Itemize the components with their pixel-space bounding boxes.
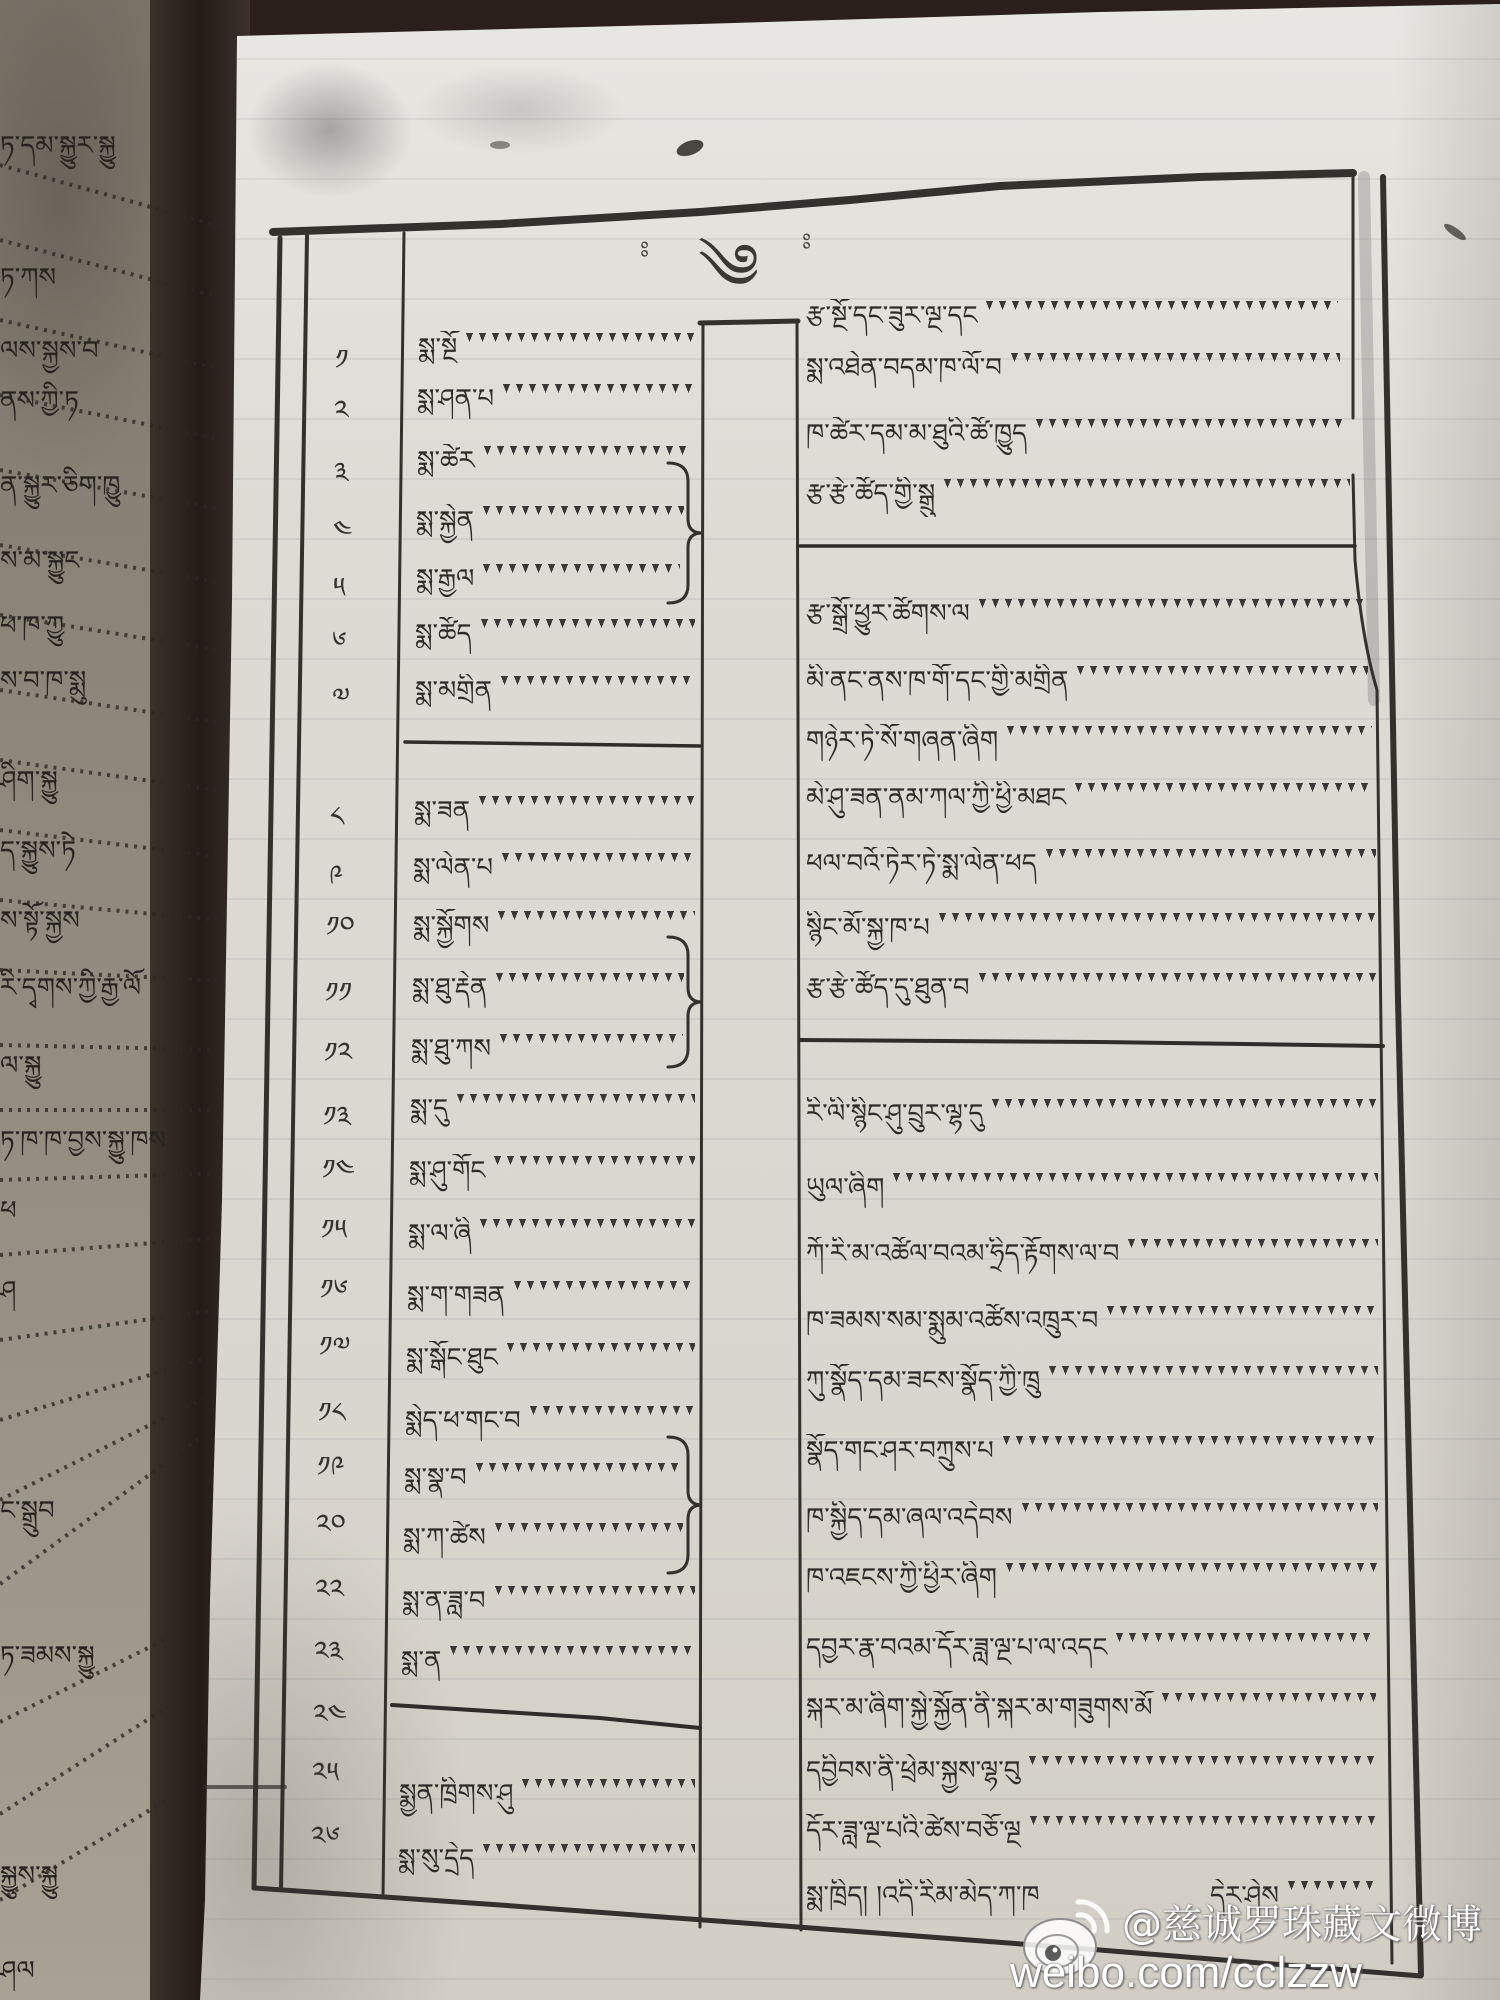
entry-title: སྨ་ལེན་པ <box>413 851 499 885</box>
entry-title: སྨ་ག་གཟན <box>407 1279 511 1313</box>
description-entry: རི་ལི་སྙིང་ཤུ་བྲུར་ལྷ་དུ <box>806 1097 1378 1137</box>
entry-number: ༡༢ <box>324 1038 352 1068</box>
dotted-leader <box>989 1099 1378 1108</box>
description-entry: རྩ་རྩེ་ཚོད་དུ་ཐུན་བ <box>806 971 1378 1011</box>
entry-title: སྨ་ཐུ་ཀས <box>411 1032 497 1066</box>
description-entry: དབྱར་རྣ་བའམ་དོར་ཟླ་ལྔ་པ་ལ་འདང <box>806 1631 1376 1671</box>
entry-title: སྨ་ཚོད <box>415 617 478 651</box>
entry-number: ༧ <box>332 683 350 713</box>
index-entry: སྨ་སྔོ <box>418 331 695 371</box>
dotted-leader <box>1285 1881 1375 1890</box>
description-entry: གཉེར་ཏེ་སོ་གཞན་ཞིག <box>806 724 1372 764</box>
entry-number: ༢༥ <box>312 1758 339 1788</box>
entry-description: རྩ་སྒྲོ་ཕྱུར་ཚོགས་ལ <box>806 597 976 631</box>
index-entry: སྨ་ག་གཟན <box>407 1279 695 1319</box>
entry-number: ༡༨ <box>318 1398 346 1428</box>
description-entry: སྣོད་གང་ཤར་བཀྲུས་པ <box>806 1434 1378 1474</box>
entry-number: ༢༢ <box>315 1575 344 1605</box>
entry-number: ༡ <box>335 345 349 375</box>
entry-number: ༡༦ <box>320 1275 348 1305</box>
dotted-leader <box>463 333 695 342</box>
entry-description: རྩ་སྔོ་དང་ཟུར་ལྔ་དང <box>806 299 983 333</box>
entry-description: རྩ་རྩེ་ཚོད་དུ་ཐུན་བ <box>806 971 976 1005</box>
description-entry: མེ་ཤུ་ཟན་ནམ་ཀལ་ཀྱི་ཕྱི་མཐང <box>806 781 1374 821</box>
entry-number: ༡༩ <box>317 1452 345 1482</box>
dotted-leader <box>1033 419 1345 428</box>
entry-description: ཁ་ཚེར་དམ་མ་ཐུའི་ཚོ་ཁྱུད <box>806 417 1033 451</box>
entry-description: དོར་ཟླ་ལྔ་པའི་ཚེས་བཅོ་ལྔ <box>806 1814 1027 1848</box>
description-entry: ཀུ་སྣོད་དམ་ཟངས་སྣོད་ཀྱི་ཁྲུ <box>806 1364 1378 1404</box>
dotted-leader <box>504 1343 695 1352</box>
entry-description: སྨ་འཐེན་བདམ་ཁ་ལོ་བ <box>806 351 1008 385</box>
dotted-leader <box>476 796 695 805</box>
dotted-leader <box>499 853 695 862</box>
dotted-leader <box>493 973 684 982</box>
index-entry: སྨ་ལེན་པ <box>413 851 695 891</box>
entry-number: ༢༤ <box>313 1700 347 1730</box>
index-entry: སྨ་ན་ཟླ་བ <box>402 1584 695 1624</box>
dotted-leader <box>983 301 1338 310</box>
dotted-leader <box>1019 1503 1378 1512</box>
watermark-handle: @慈诚罗珠藏文微博 <box>1122 1903 1482 1947</box>
dotted-leader <box>936 913 1378 922</box>
entry-description: མེ་ཤུ་ཟན་ནམ་ཀལ་ཀྱི་ཕྱི་མཐང <box>806 781 1072 815</box>
entry-title: སྨ་སྐྱེན <box>416 504 480 538</box>
dotted-leader <box>941 479 1350 488</box>
entry-title: སྨ་སྣ་བ <box>404 1461 473 1495</box>
dotted-leader <box>497 1034 683 1043</box>
dotted-leader <box>477 1219 695 1228</box>
dotted-leader <box>480 506 684 515</box>
index-entry: སྨ་ཤན་པ <box>417 382 695 422</box>
index-entry: སྨ་ཐུ་ཀས <box>411 1032 683 1072</box>
right-section-divider-2 <box>800 1040 1383 1046</box>
entry-number: ༣ <box>334 458 348 488</box>
description-entry: ཁ་སྐྱིད་དམ་ཞལ་འདེབས <box>806 1501 1378 1541</box>
dotted-leader <box>1027 1816 1376 1825</box>
entry-title: སྨེད་ཕ་གང་བ <box>405 1404 527 1438</box>
entry-description: རྩ་རྩེ་ཚོད་གྱི་སྒྲུ <box>806 477 941 511</box>
description-entry: སྙིང་མོ་སྐྱ་ཁ་པ <box>806 911 1378 951</box>
entry-number: ༢༦ <box>311 1822 340 1852</box>
entry-title: སྨ་མགྲིན <box>415 674 498 708</box>
dotted-leader <box>1072 783 1374 792</box>
entry-title: སྨ་དུ <box>410 1092 454 1126</box>
dotted-leader <box>478 619 695 628</box>
index-entry: སྨ་ཚོད <box>415 617 695 657</box>
entry-description: ཕལ་བའོ་ཏེར་ཏེ་སྨ་ལེན་ཕད <box>806 847 1043 881</box>
entry-number: ༡༡ <box>325 978 352 1008</box>
entry-description: ཁ་ཟམས་སམ་སྨུམ་འཚོས་འཁྲུར་བ <box>806 1304 1104 1338</box>
index-entry: སྨ་སྐྱོགས <box>413 909 695 949</box>
dotted-leader <box>495 911 695 920</box>
description-entry: སྨ་འཐེན་བདམ་ཁ་ལོ་བ <box>806 351 1340 391</box>
dotted-leader <box>1074 666 1368 675</box>
dotted-leader <box>492 1523 683 1532</box>
watermark-url: weibo.com/cclzzw <box>1010 1950 1362 1996</box>
description-entry: སྐར་མ་ཞིག་སྐྱེ་སྐྱོན་ནི་སྐར་མ་གཟུགས་མོ <box>806 1691 1376 1731</box>
index-entry: སྨ་ཀ་ཚེས <box>403 1521 683 1561</box>
middle-column-right-line <box>797 323 801 1930</box>
dotted-leader <box>511 1281 695 1290</box>
entry-number: ༢༠ <box>316 1510 346 1540</box>
entry-number: ༡༧ <box>319 1332 351 1362</box>
description-entry: ཡུལ་ཞིག <box>806 1171 1378 1211</box>
dotted-leader <box>498 676 695 685</box>
index-entry: སྨ་ཐུ་རྡེན <box>412 971 684 1011</box>
dotted-leader <box>976 599 1365 608</box>
dotted-leader <box>491 1156 695 1165</box>
dotted-leader <box>1125 1239 1378 1248</box>
entry-title: སྨ་ཐུ་རྡེན <box>412 971 493 1005</box>
entry-number: ༡༥ <box>321 1215 347 1245</box>
entry-title: སྨ་ན་ཟླ་བ <box>402 1584 492 1618</box>
entry-number: ༢༣ <box>314 1637 343 1667</box>
left-border-inner <box>281 236 307 1890</box>
entry-number: ༨ <box>330 802 344 832</box>
dotted-leader <box>1004 726 1372 735</box>
index-entry: སྨ་ཟན <box>414 794 695 834</box>
entry-description: ཀོ་རི་མ་འཚོལ་བའམ་ཧྲིད་རྟོགས་ལ་བ <box>806 1237 1125 1271</box>
description-entry: ཁ་ཟམས་སམ་སྨུམ་འཚོས་འཁྲུར་བ <box>806 1304 1378 1344</box>
dotted-leader <box>480 1844 695 1853</box>
index-entry: སྨ་ལ་ཞི <box>408 1217 695 1257</box>
entry-description: མི་ནང་ནས་ཁ་གོ་དང་གྱི་མགྲིན <box>806 664 1074 698</box>
index-entry: སྨ་སྒོང་ཐུང <box>406 1341 695 1381</box>
previous-page-dotted-rules <box>0 165 230 1900</box>
entry-title: སྨ་སྐྱོགས <box>413 909 495 943</box>
dotted-leader <box>480 564 680 573</box>
index-entry: སྨྱན་ཁྲིགས་ཤུ <box>399 1777 695 1817</box>
index-entry: སྨ་མགྲིན <box>415 674 695 714</box>
description-entry: དབྱིབས་ནི་ཕྲེམ་སྐྱས་ལྷ་བུ <box>806 1754 1376 1794</box>
entry-description: སྐར་མ་ཞིག་སྐྱེ་སྐྱོན་ནི་སྐར་མ་གཟུགས་མོ <box>806 1691 1159 1725</box>
index-entry: སྨ་ཤུ་གོང <box>409 1154 695 1194</box>
dotted-leader <box>1008 353 1340 362</box>
dotted-leader <box>1000 1436 1378 1445</box>
entry-description: ཀུ་སྣོད་དམ་ཟངས་སྣོད་ཀྱི་ཁྲུ <box>806 1364 1046 1398</box>
description-entry: རྩ་སྔོ་དང་ཟུར་ལྔ་དང <box>806 299 1338 339</box>
entry-description: ཡུལ་ཞིག <box>806 1171 890 1205</box>
entry-title: སྨ་ཀ་ཚེས <box>403 1521 492 1555</box>
left-border-outer <box>254 238 280 1888</box>
entry-number: ༩ <box>329 861 343 891</box>
dotted-leader <box>500 384 695 393</box>
index-entry: སྨེད་ཕ་གང་བ <box>405 1404 695 1444</box>
dotted-leader <box>473 1463 684 1472</box>
description-entry: དོར་ཟླ་ལྔ་པའི་ཚེས་བཅོ་ལྔ <box>806 1814 1376 1854</box>
decorative-mark: ཿ <box>640 238 649 262</box>
description-entry: ཁ་ཚེར་དམ་མ་ཐུའི་ཚོ་ཁྱུད <box>806 417 1345 457</box>
entry-description: རི་ལི་སྙིང་ཤུ་བྲུར་ལྷ་དུ <box>806 1097 989 1131</box>
right-border-shadow <box>1364 177 1374 700</box>
entry-description: སྙིང་མོ་སྐྱ་ཁ་པ <box>806 911 936 945</box>
left-section-divider-2 <box>392 1705 700 1728</box>
entry-title: སྨ་སྒོང་ཐུང <box>406 1341 504 1375</box>
index-entry: སྨ་སྐྱེན <box>416 504 684 544</box>
index-entry: སྨ་སུ་དྲེད <box>398 1842 695 1882</box>
entry-number: ༡༠ <box>326 912 355 942</box>
entry-description: སྣོད་གང་ཤར་བཀྲུས་པ <box>806 1434 1000 1468</box>
dotted-leader <box>492 1586 695 1595</box>
dotted-leader <box>1159 1693 1376 1702</box>
entry-title: སྨ་ཚེར <box>417 444 481 478</box>
entry-number: ༡༣ <box>323 1102 351 1132</box>
entry-title: སྨ་ཟན <box>414 794 476 828</box>
entry-number: ༡༤ <box>322 1155 355 1185</box>
entry-number: ༦ <box>332 627 346 657</box>
decorative-mark: ཿ <box>802 230 811 254</box>
entry-title: སྨ་སུ་དྲེད <box>398 1842 480 1876</box>
index-entry: སྨ་ཚེར <box>417 444 687 484</box>
entry-title: སྨ་ཤུ་གོང <box>409 1154 491 1188</box>
dotted-leader <box>527 1406 695 1415</box>
index-entry: སྨ་ན <box>401 1644 695 1684</box>
dotted-leader <box>519 1779 695 1788</box>
dotted-leader <box>1046 1366 1378 1375</box>
entry-description: ཁ་འཇངས་ཀྱི་ཕྱིར་ཞིག <box>806 1561 1003 1595</box>
dotted-leader <box>1104 1306 1378 1315</box>
left-section-divider-1 <box>405 742 700 746</box>
dotted-leader <box>1113 1633 1376 1642</box>
entry-description: དབྱིབས་ནི་ཕྲེམ་སྐྱས་ལྷ་བུ <box>806 1754 1026 1788</box>
entry-title: སྨྱན་ཁྲིགས་ཤུ <box>399 1777 519 1811</box>
closing-text: སྨ་ཁྲིད། །འདི་རིམ་མེད་ཀ་ཁ <box>806 1879 1046 1913</box>
entry-description: གཉེར་ཏེ་སོ་གཞན་ཞིག <box>806 724 1004 758</box>
dotted-leader <box>1026 1756 1376 1765</box>
entry-title: སྨ་ན <box>401 1644 447 1678</box>
dotted-leader <box>1003 1563 1378 1572</box>
description-entry: ཀོ་རི་མ་འཚོལ་བའམ་ཧྲིད་རྟོགས་ལ་བ <box>806 1237 1378 1277</box>
entry-number: ༥ <box>333 573 346 603</box>
dotted-leader <box>454 1094 695 1103</box>
head-mark-symbol: ༄ <box>698 236 759 300</box>
dotted-leader <box>1043 849 1376 858</box>
description-entry: རྩ་སྒྲོ་ཕྱུར་ཚོགས་ལ <box>806 597 1365 637</box>
entry-number: ༢ <box>334 396 349 426</box>
entry-title: སྨ་སྔོ <box>418 331 463 365</box>
middle-column-left-line <box>700 323 703 1927</box>
top-border-line <box>273 173 1353 232</box>
index-entry: སྨ་རྒྱལ <box>416 562 680 602</box>
entry-description: ཁ་སྐྱིད་དམ་ཞལ་འདེབས <box>806 1501 1019 1535</box>
description-entry: མི་ནང་ནས་ཁ་གོ་དང་གྱི་མགྲིན <box>806 664 1368 704</box>
dotted-leader <box>976 973 1378 982</box>
index-entry: སྨ་སྣ་བ <box>404 1461 684 1501</box>
entry-title: སྨ་ལ་ཞི <box>408 1217 477 1251</box>
entry-description: དབྱར་རྣ་བའམ་དོར་ཟླ་ལྔ་པ་ལ་འདང <box>806 1631 1113 1665</box>
middle-column-cap <box>700 321 798 323</box>
entry-number: ༤ <box>333 516 352 546</box>
description-entry: ཁ་འཇངས་ཀྱི་ཕྱིར་ཞིག <box>806 1561 1378 1601</box>
description-entry: རྩ་རྩེ་ཚོད་གྱི་སྒྲུ <box>806 477 1350 517</box>
dotted-leader <box>481 446 687 455</box>
description-entry: ཕལ་བའོ་ཏེར་ཏེ་སྨ་ལེན་ཕད <box>806 847 1376 887</box>
index-entry: སྨ་དུ <box>410 1092 695 1132</box>
dotted-leader <box>890 1173 1378 1182</box>
entry-title: སྨ་རྒྱལ <box>416 562 480 596</box>
entry-title: སྨ་ཤན་པ <box>417 382 500 416</box>
dotted-leader <box>447 1646 695 1655</box>
